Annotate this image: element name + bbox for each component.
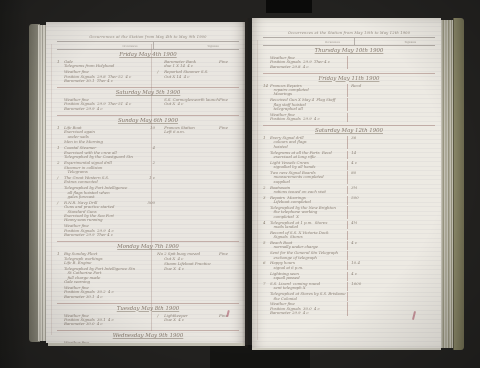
entry-lines: Experimental signal drillSteamer in coll… xyxy=(64,161,157,174)
entry-lines: R.N.R. Navy DrillGuns and practice start… xyxy=(64,201,157,223)
entry-row: 2Boatswain rations issued on each visit3… xyxy=(263,186,373,195)
column-right: S.S. Carmoylesworth launchedOut X 4 c xyxy=(157,97,219,108)
entry-block: /R.N.R. Navy DrillGuns and practice star… xyxy=(57,201,157,223)
entry-amount xyxy=(347,113,373,122)
entry-line: under sails xyxy=(64,135,157,139)
entry-amount: 500 xyxy=(347,196,373,205)
entry-number xyxy=(263,292,270,301)
entry-row: 3Repairs Moorings Lifeboat completed500 xyxy=(263,196,373,205)
entry-number xyxy=(263,151,270,160)
day-section: Saturday May 12th 19001Every Signal dril… xyxy=(263,126,435,319)
page-header-title: Occurrences at the Station from May 10th… xyxy=(263,31,435,36)
column-header-signature: Signature xyxy=(405,40,417,44)
margin-line xyxy=(51,44,52,335)
entry-number xyxy=(263,98,270,111)
section-body: Weather finePosition Signals 30.1 4 cBar… xyxy=(57,313,239,329)
entry-amount xyxy=(347,206,373,219)
entry-lines: Coastal SteamerExercised with the crew a… xyxy=(64,146,157,159)
entry-line: Telegrams from Holyhead xyxy=(64,64,157,68)
entry-line: exchange of telegraph xyxy=(270,256,347,260)
entry-amount: 4 c xyxy=(347,241,373,250)
entry-lines: Record of S.S. X Victoria Dock Signals S… xyxy=(270,231,347,240)
entry-line: completed X xyxy=(270,215,347,219)
margin-note: Fine xyxy=(219,313,239,318)
entry-amount: 4½ xyxy=(347,221,373,230)
entry-line: Barometer 30.1 Ther 4 c xyxy=(64,79,157,83)
entry-line: Life B. Engine xyxy=(64,261,157,265)
entry-row: 1Every Signal drill colours and flags ho… xyxy=(263,136,373,149)
entry-amount: 500 xyxy=(147,201,155,205)
entry-amount: 4 c xyxy=(347,272,373,281)
entry-line: Barometer 29.9 4 c xyxy=(64,107,157,111)
column-header-occurrences: Occurrences xyxy=(123,44,138,48)
entry-number xyxy=(263,251,270,260)
entry-line: supplied xyxy=(270,180,347,184)
section-body: Weather finePosition Signals 30.1 4 cBar… xyxy=(57,340,239,343)
entry-lines: Telegrams at all the Forts Recd exercise… xyxy=(270,151,347,160)
column-left: 1GaleTelegrams from HolyheadWeather fine… xyxy=(57,59,157,85)
entry-row: Two new Signal Boards measurements compl… xyxy=(263,171,373,184)
entry-row: Record of S.S. X Victoria Dock Signals S… xyxy=(263,231,373,240)
entry-line: squall passed xyxy=(270,276,347,280)
background-left-strip xyxy=(0,0,28,368)
entry-amount xyxy=(347,231,373,240)
entry-lines: Lightning seen squall passed xyxy=(270,272,347,281)
entry-row: 5Beach Boat normally under charge4 c xyxy=(263,241,373,250)
entry-number: 1 xyxy=(57,146,60,150)
entry-line: Barometer 30.1 4 c xyxy=(64,295,157,299)
entry-row: Telegraphed by the New Brighton the tele… xyxy=(263,206,373,219)
entry-line: signalled by all hands xyxy=(270,165,347,169)
entry-lines: Telegraphed at 1 p.m. Stores mails lande… xyxy=(270,221,347,230)
entry-amount: 36 xyxy=(347,136,373,149)
entry-lines: Boatswain rations issued on each visit xyxy=(270,186,347,195)
day-section: Tuesday May 8th 1900Weather finePosition… xyxy=(57,304,239,332)
section-columns: 1GaleTelegrams from HolyheadWeather fine… xyxy=(57,59,239,85)
entry-number: / xyxy=(57,201,58,205)
entry-line: Due X 4 c xyxy=(164,267,219,271)
entry-row: Weather finePosition Signals 29.9 4 c xyxy=(263,113,373,122)
entry-block: 1Life BoatExercised again under sails10 xyxy=(57,126,157,139)
entry-row: Telegrams at all the Forts Recd exercise… xyxy=(263,151,373,160)
entry-block: S.S. Carmoylesworth launchedOut X 4 c xyxy=(157,98,219,107)
entry-block: Steam Lifeboat PracticeDue X 4 c xyxy=(157,262,219,271)
column-left: 1Life BoatExercised again under sails10M… xyxy=(57,125,157,239)
entry-lines: Two new Signal Boards measurements compl… xyxy=(270,171,347,184)
entry-lines: Weather finePosition Signals 29.9 4 c xyxy=(270,113,347,122)
entry-amount: Recd xyxy=(347,84,373,97)
entry-line: Out X 14 4 c xyxy=(164,75,219,79)
section-columns: Weather finePosition Signals 29.9 Ther 5… xyxy=(57,97,239,113)
day-heading: Thursday May 10th 1900 xyxy=(263,47,435,55)
entry-amount: 2 xyxy=(153,161,156,165)
entry-block: Weather finePosition Signals 29.9 4 cBar… xyxy=(57,224,157,237)
entry-lines: Frances StationLeft 6 a.m. xyxy=(164,126,219,135)
background-dark-patch xyxy=(266,0,312,13)
entry-number: 3 xyxy=(263,196,270,205)
margin-note: Fine xyxy=(219,97,239,102)
section-body: 14Frances Repairs repairs completed Moor… xyxy=(263,84,435,122)
entry-block: Weather finePosition Signals 30.2 4 cBar… xyxy=(57,286,157,299)
entry-row: Weather finePosition Signals 29.9 Ther 4… xyxy=(263,56,373,69)
entry-lines: Life BoatExercised again under sails xyxy=(64,126,157,139)
section-body: Weather finePosition Signals 29.9 Ther 4… xyxy=(263,56,435,69)
entry-lines: 2 Spit buoy movedOut X 4 c xyxy=(164,252,219,261)
column-header-divider xyxy=(354,38,355,45)
entry-line: Telegraphed by the Coastguard Stn xyxy=(64,155,157,159)
entry-number: 1 xyxy=(57,252,60,256)
entry-amount: 4 xyxy=(153,146,156,150)
entry-line: Position Signals 29.9 4 c xyxy=(270,117,347,121)
entry-amount: 4 c xyxy=(347,161,373,170)
section-columns: 1Life BoatExercised again under sails10M… xyxy=(57,125,239,239)
entry-line: Men in the Morning xyxy=(64,140,157,144)
entry-amount xyxy=(347,302,373,315)
entry-lines: LightkeeperDue X 4 c xyxy=(164,314,219,323)
column-header-signature: Signature xyxy=(207,44,219,48)
entry-number: 7 xyxy=(263,282,270,291)
ledger-page-left: Occurrences at the Station from May 4th … xyxy=(46,22,245,343)
entry-amount: 1 c xyxy=(149,176,155,180)
entry-lines: Received Gun X May 4 Flag Staff flag sta… xyxy=(270,98,347,111)
entry-line: Due X 4 c xyxy=(164,318,219,322)
entry-number: 2 xyxy=(57,161,60,165)
entry-line: sent telegraph X xyxy=(270,286,347,290)
entry-row: Light Vessels Crews signalled by all han… xyxy=(263,161,373,170)
entry-line: normally under charge xyxy=(270,245,347,249)
entry-amount: 14 xyxy=(347,151,373,160)
entry-block: 2Experimental signal drillSteamer in col… xyxy=(57,161,157,174)
entry-line: Weather fine xyxy=(64,341,157,343)
page-header-title: Occurrences at the Station from May 4th … xyxy=(57,35,239,40)
entry-lines: The Great Western S.S.Extras connected xyxy=(64,176,157,185)
entry-line: Heavy seas running xyxy=(64,218,157,222)
entry-number: 1 xyxy=(57,60,60,64)
entry-lines: Weather finePosition Signals 30.0 4 cBar… xyxy=(270,302,347,315)
entry-line: Extras connected xyxy=(64,180,157,184)
column-header-divider xyxy=(153,42,154,49)
column-left: Weather finePosition Signals 30.1 4 cBar… xyxy=(57,313,157,329)
ledger-page-right: Occurrences at the Station from May 10th… xyxy=(252,18,441,348)
section-body: 1Every Signal drill colours and flags ho… xyxy=(263,136,435,315)
entry-lines: Light Vessels Crews signalled by all han… xyxy=(270,161,347,170)
entry-lines: Steam Lifeboat PracticeDue X 4 c xyxy=(164,262,219,271)
entry-lines: Reported Steamer S.S.Out X 14 4 c xyxy=(164,70,219,79)
entry-line: Gale warning xyxy=(64,280,157,284)
entry-line: mails landed xyxy=(270,225,347,229)
section-columns: Weather finePosition Signals 30.1 4 cBar… xyxy=(57,313,239,329)
entry-amount: 1600 xyxy=(347,282,373,291)
entry-lines: Repairs Moorings Lifeboat completed xyxy=(270,196,347,205)
entry-number: / xyxy=(157,314,158,318)
section-body: Weather finePosition Signals 29.9 Ther 5… xyxy=(57,97,239,113)
entry-lines: S.S. Carmoylesworth launchedOut X 4 c xyxy=(164,98,219,107)
entry-number: 1 xyxy=(57,126,60,130)
entry-lines: Big Sunday FleetTelegraph workingsLife B… xyxy=(64,252,157,265)
entry-row: Lightning seen squall passed4 c xyxy=(263,272,373,281)
entry-block: Weather finePosition Signals 30.1 4 cBar… xyxy=(57,341,157,343)
day-section: Wednesday May 9th 1900Weather finePositi… xyxy=(57,331,239,343)
column-header-bar: Occurrences Signature xyxy=(263,37,435,46)
entry-number: 14 xyxy=(263,84,270,97)
entry-lines: GaleTelegrams from Holyhead xyxy=(64,60,157,69)
entry-block: 1GaleTelegrams from Holyhead xyxy=(57,60,157,69)
entry-rows: Weather finePosition Signals 29.9 Ther 4… xyxy=(263,56,373,69)
column-right: No2 Spit buoy movedOut X 4 cSteam Lifebo… xyxy=(157,251,219,273)
column-right: Barometer Bankdue 1 X 14 4 c/Reported St… xyxy=(157,59,219,81)
entry-block: Telegraphed by Port Intelligence all fla… xyxy=(57,186,157,199)
entry-row: 6Happy hours signal at 6 p.m.10.4 xyxy=(263,261,373,270)
entry-rows: 1Every Signal drill colours and flags ho… xyxy=(263,136,373,315)
entry-line: telegraphed all xyxy=(270,107,347,111)
column-left: Weather finePosition Signals 29.9 Ther 5… xyxy=(57,97,157,113)
entry-line: signal at 6 p.m. xyxy=(270,266,347,270)
entry-number xyxy=(263,231,270,240)
margin-line xyxy=(257,40,258,340)
entry-lines: Weather finePosition Signals 29.8 Ther 5… xyxy=(64,70,157,83)
entry-lines: Telegraphed by Port Intelligence all fla… xyxy=(64,186,157,199)
entry-line: gales forecast xyxy=(64,195,157,199)
entry-amount: 3½ xyxy=(347,186,373,195)
margin-note xyxy=(219,340,239,341)
day-sections-left: Friday May 4th 19001GaleTelegrams from H… xyxy=(57,50,239,343)
section-body: 1Life BoatExercised again under sails10M… xyxy=(57,125,239,239)
column-left: Weather finePosition Signals 30.1 4 cBar… xyxy=(57,340,157,343)
margin-note: Fine xyxy=(219,251,239,256)
day-section: Friday May 11th 190014Frances Repairs re… xyxy=(263,74,435,126)
entry-line: Barometer 29.9 4 c xyxy=(270,311,347,315)
entry-amount xyxy=(347,292,373,301)
entry-rows: 14Frances Repairs repairs completed Moor… xyxy=(263,84,373,122)
entry-row: 14Frances Repairs repairs completed Moor… xyxy=(263,84,373,97)
entry-amount xyxy=(347,56,373,69)
entry-amount: 10 xyxy=(150,126,155,130)
entry-block: /LightkeeperDue X 4 c xyxy=(157,314,219,323)
entry-number xyxy=(263,161,270,170)
entry-lines: Weather finePosition Signals 30.1 4 cBar… xyxy=(64,314,157,327)
entry-block: 1Coastal SteamerExercised with the crew … xyxy=(57,146,157,159)
column-right: Frances StationLeft 6 a.m. xyxy=(157,125,219,136)
day-heading: Monday May 7th 1900 xyxy=(57,243,239,251)
day-sections-right: Thursday May 10th 1900Weather finePositi… xyxy=(263,46,435,319)
day-section: Friday May 4th 19001GaleTelegrams from H… xyxy=(57,50,239,88)
entry-lines: Weather finePosition Signals 30.1 4 cBar… xyxy=(64,341,157,343)
entry-number: 2 xyxy=(263,186,270,195)
entry-number xyxy=(263,113,270,122)
section-body: 1Big Sunday FleetTelegraph workingsLife … xyxy=(57,251,239,301)
entry-number xyxy=(263,56,270,69)
entry-block: /The Great Western S.S.Extras connected1… xyxy=(57,176,157,185)
day-section: Sunday May 6th 19001Life BoatExercised a… xyxy=(57,116,239,242)
entry-block: No2 Spit buoy movedOut X 4 c xyxy=(157,252,219,261)
section-body: 1GaleTelegrams from HolyheadWeather fine… xyxy=(57,59,239,85)
day-heading: Saturday May 12th 1900 xyxy=(263,127,435,135)
entry-number xyxy=(263,272,270,281)
entry-block: Men in the Morning xyxy=(57,140,157,144)
entry-block: 1Big Sunday FleetTelegraph workingsLife … xyxy=(57,252,157,265)
entry-block: Weather finePosition Signals 29.8 Ther 5… xyxy=(57,70,157,83)
entry-lines: Weather finePosition Signals 30.2 4 cBar… xyxy=(64,286,157,299)
entry-line: due 1 X 14 4 c xyxy=(164,64,219,68)
entry-amount: 80 xyxy=(347,171,373,184)
entry-number: 1 xyxy=(263,136,270,149)
entry-line: the Colonial xyxy=(270,297,347,301)
entry-number: / xyxy=(57,176,58,180)
entry-lines: Every Signal drill colours and flags hoi… xyxy=(270,136,347,149)
entry-amount: 10.4 xyxy=(347,261,373,270)
entry-lines: Weather finePosition Signals 29.9 Ther 4… xyxy=(270,56,347,69)
day-section: Monday May 7th 19001Big Sunday FleetTele… xyxy=(57,242,239,304)
entry-number: 4 xyxy=(263,221,270,230)
entry-line: Out X 4 c xyxy=(164,257,219,261)
entry-block: Telegraphed by Port Intelligence Stn St … xyxy=(57,267,157,285)
day-heading: Sunday May 6th 1900 xyxy=(57,117,239,125)
day-heading: Friday May 4th 1900 xyxy=(57,51,239,59)
entry-number: No xyxy=(157,252,163,256)
entry-lines: Happy hours signal at 6 p.m. xyxy=(270,261,347,270)
column-header-occurrences: Occurrences xyxy=(325,40,340,44)
entry-number xyxy=(263,171,270,184)
entry-block: /Reported Steamer S.S.Out X 14 4 c xyxy=(157,70,219,79)
column-header-bar: Occurrences Signature xyxy=(57,41,239,50)
section-columns: 1Big Sunday FleetTelegraph workingsLife … xyxy=(57,251,239,301)
book-cover-right-edge xyxy=(453,18,464,350)
column-left: 1Big Sunday FleetTelegraph workingsLife … xyxy=(57,251,157,301)
entry-line: rations issued on each visit xyxy=(270,190,347,194)
entry-line: hoisted xyxy=(270,145,347,149)
entry-lines: Weather finePosition Signals 29.9 Ther 5… xyxy=(64,98,157,111)
entry-line: Signals Stores xyxy=(270,235,347,239)
day-section: Saturday May 5th 1900Weather finePositio… xyxy=(57,88,239,116)
entry-line: exercised at long rifle xyxy=(270,155,347,159)
entry-row: Telegraphed at Stores by S.S. Brisbane t… xyxy=(263,292,373,301)
entry-amount xyxy=(347,98,373,111)
entry-lines: Weather finePosition Signals 29.9 4 cBar… xyxy=(64,224,157,237)
margin-note: Fine xyxy=(219,59,239,64)
entry-block: Weather finePosition Signals 30.1 4 cBar… xyxy=(57,314,157,327)
entry-lines: Telegraphed by the New Brighton the tele… xyxy=(270,206,347,219)
entry-lines: S.S. Lizard coming round sent telegraph … xyxy=(270,282,347,291)
entry-line: Barometer 30.0 4 c xyxy=(64,322,157,326)
entry-lines: Barometer Bankdue 1 X 14 4 c xyxy=(164,60,219,69)
entry-line: Left 6 a.m. xyxy=(164,130,219,134)
entry-lines: Telegraphed at Stores by S.S. Brisbane t… xyxy=(270,292,347,301)
entry-number xyxy=(263,302,270,315)
entry-number: 6 xyxy=(263,261,270,270)
entry-number: 5 xyxy=(263,241,270,250)
entry-row: Weather finePosition Signals 30.0 4 cBar… xyxy=(263,302,373,315)
margin-note: Fine xyxy=(219,125,239,130)
entry-lines: Men in the Morning xyxy=(64,140,157,144)
entry-line: Barometer 29.9 Ther 4 c xyxy=(64,233,157,237)
entry-amount xyxy=(347,251,373,260)
day-heading: Saturday May 5th 1900 xyxy=(57,89,239,97)
entry-row: Received Gun X May 4 Flag Staff flag sta… xyxy=(263,98,373,111)
day-heading: Wednesday May 9th 1900 xyxy=(57,332,239,340)
entry-line: Barometer 29.8 4 c xyxy=(270,65,347,69)
day-heading: Friday May 11th 1900 xyxy=(263,75,435,83)
column-right: /LightkeeperDue X 4 c xyxy=(157,313,219,324)
entry-block: Weather finePosition Signals 29.9 Ther 5… xyxy=(57,98,157,111)
entry-number xyxy=(263,206,270,219)
entry-row: 7S.S. Lizard coming round sent telegraph… xyxy=(263,282,373,291)
entry-lines: Frances Repairs repairs completed Moorin… xyxy=(270,84,347,97)
entry-line: Out X 4 c xyxy=(164,102,219,106)
entry-number: / xyxy=(157,70,158,74)
section-columns: Weather finePosition Signals 30.1 4 cBar… xyxy=(57,340,239,343)
day-heading: Tuesday May 8th 1900 xyxy=(57,305,239,313)
scanned-ledger-photo: Occurrences at the Station from May 4th … xyxy=(0,0,480,368)
entry-lines: Telegraphed by Port Intelligence Stn St … xyxy=(64,267,157,285)
entry-lines: Sent for the General Stn Telegraph excha… xyxy=(270,251,347,260)
entry-lines: Beach Boat normally under charge xyxy=(270,241,347,250)
entry-line: Lifeboat completed xyxy=(270,200,347,204)
entry-block: Frances StationLeft 6 a.m. xyxy=(157,126,219,135)
entry-line: Telegrams xyxy=(64,170,157,174)
entry-row: Sent for the General Stn Telegraph excha… xyxy=(263,251,373,260)
entry-row: 4Telegraphed at 1 p.m. Stores mails land… xyxy=(263,221,373,230)
entry-line: Moorings xyxy=(270,92,347,96)
entry-block: Barometer Bankdue 1 X 14 4 c xyxy=(157,60,219,69)
day-section: Thursday May 10th 1900Weather finePositi… xyxy=(263,46,435,74)
